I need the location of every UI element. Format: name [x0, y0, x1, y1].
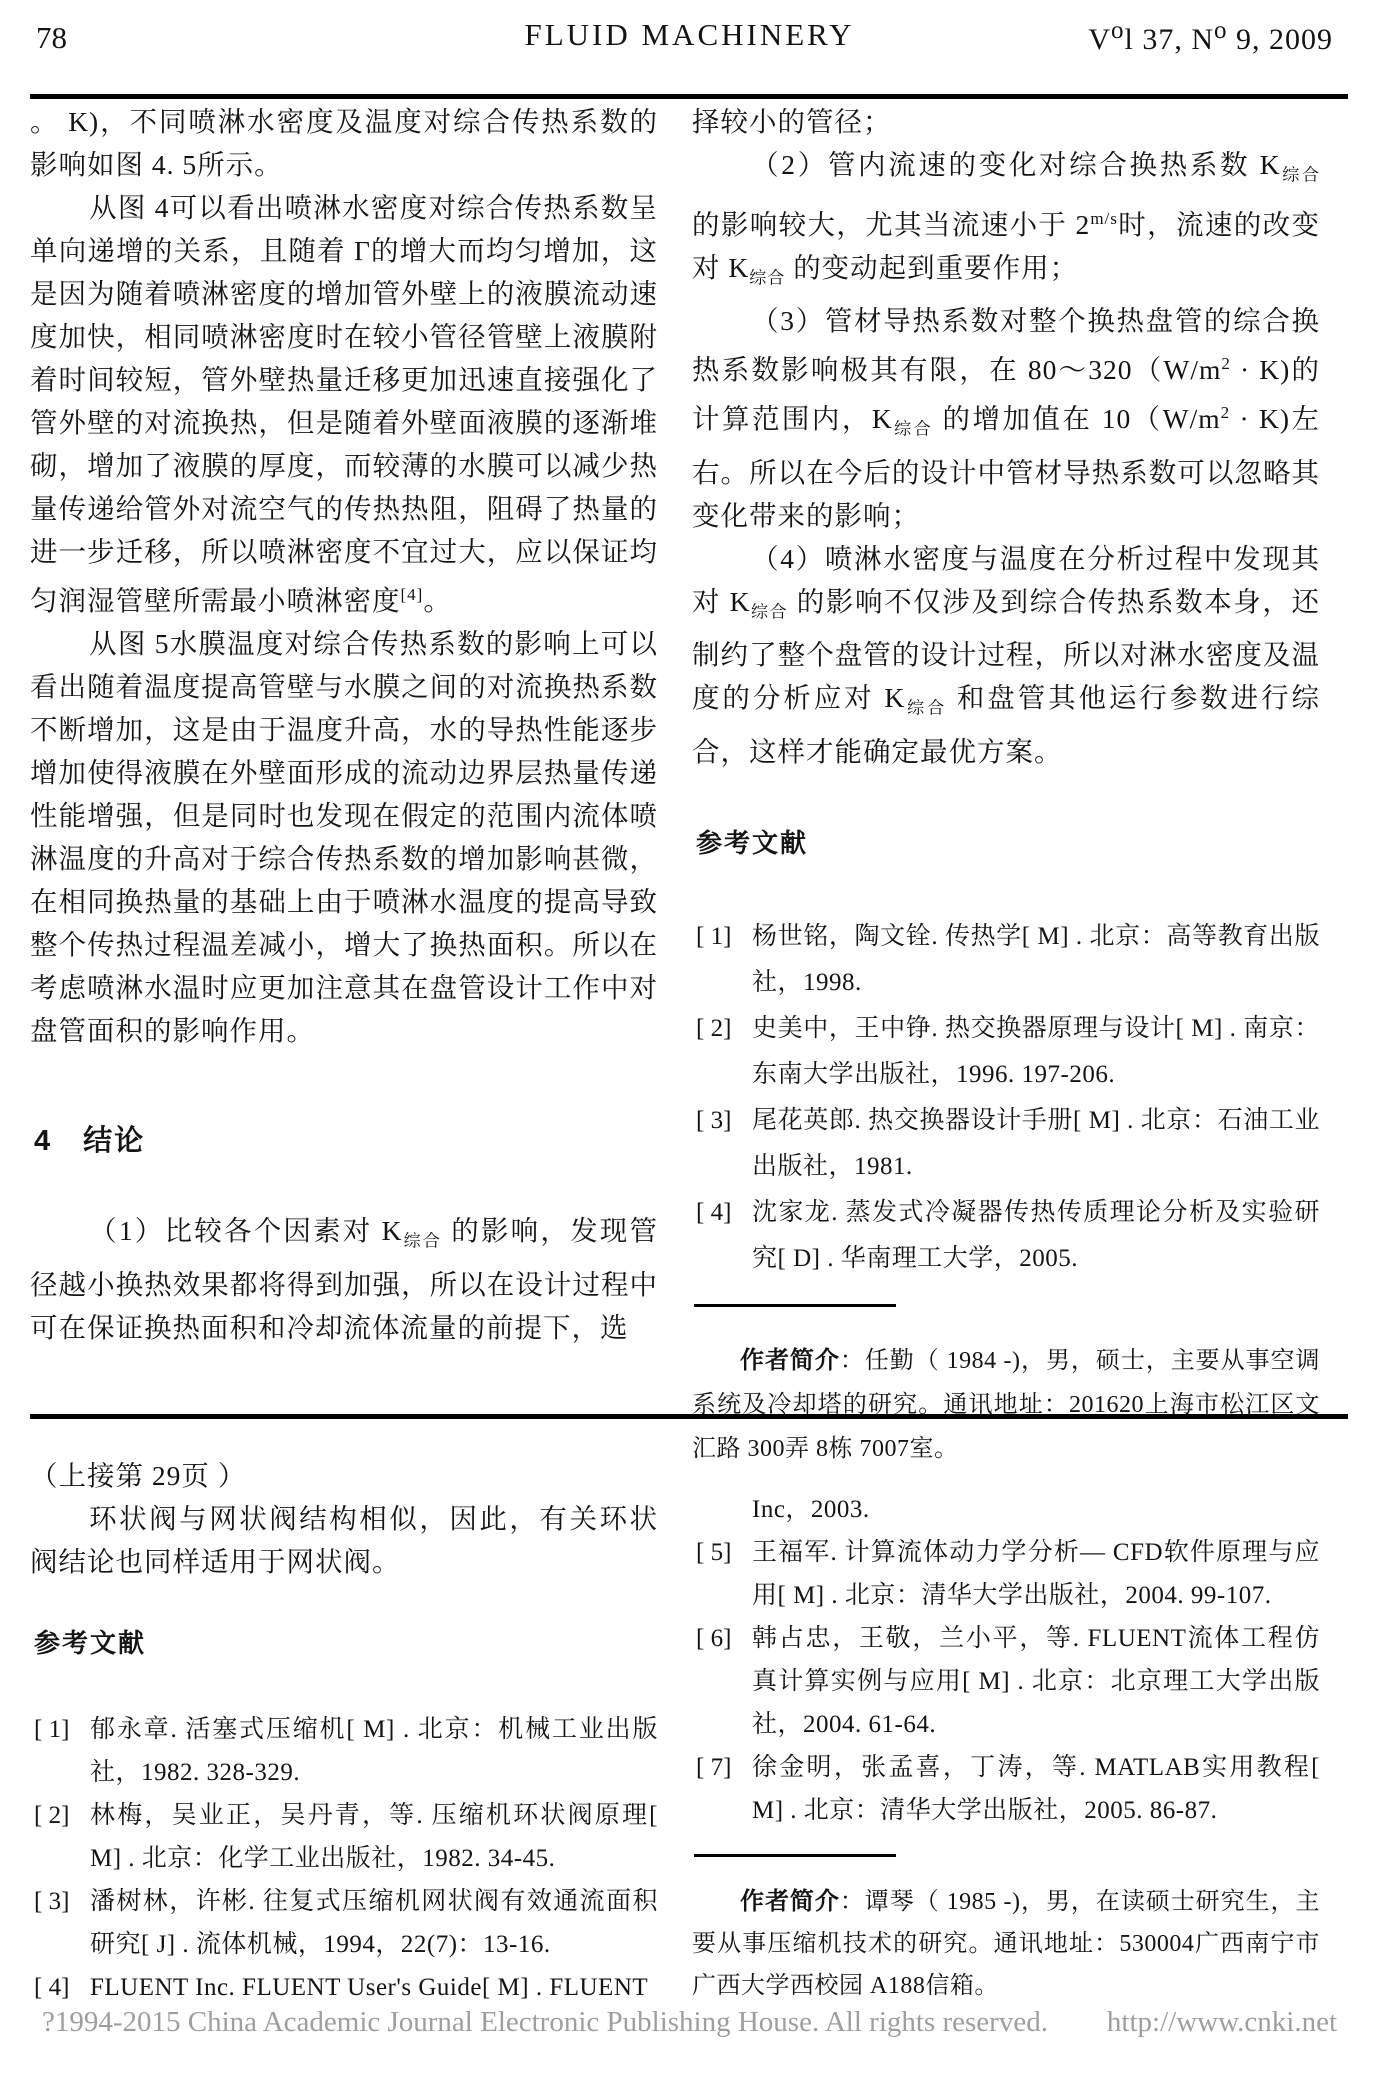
reference-text: 王福军. 计算流体动力学分析— CFD软件原理与应用[ M] . 北京：清华大学…	[752, 1531, 1320, 1617]
reference-label: [ 5]	[692, 1531, 752, 1617]
paragraph: （4）喷淋水密度与温度在分析过程中发现其对 K综合 的影响不仅涉及到综合传热系数…	[692, 537, 1320, 773]
paragraph: 。 K)，不同喷淋水密度及温度对综合传热系数的影响如图 4. 5所示。	[30, 100, 658, 186]
article1-references: [ 1]杨世铭，陶文铨. 传热学[ M] . 北京：高等教育出版社，1998.[…	[692, 914, 1320, 1282]
reference-label: [ 7]	[692, 1746, 752, 1832]
reference-text: 郁永章. 活塞式压缩机[ M] . 北京：机械工业出版社，1982. 328-3…	[90, 1708, 658, 1794]
reference-label: [ 2]	[30, 1794, 90, 1880]
article2-right-column: Inc，2003. [ 5]王福军. 计算流体动力学分析— CFD软件原理与应用…	[692, 1448, 1320, 2007]
reference-label: [ 2]	[692, 1006, 752, 1098]
reference-label: [ 1]	[692, 914, 752, 1006]
reference-text: 潘树林，许彬. 往复式压缩机网状阀有效通流面积研究[ J] . 流体机械，199…	[90, 1880, 658, 1966]
author-bio-rule	[694, 1854, 896, 1857]
reference-text: 韩占忠，王敬，兰小平，等. FLUENT流体工程仿真计算实例与应用[ M] . …	[752, 1617, 1320, 1746]
reference-item: [ 2]林梅，吴业正，吴丹青，等. 压缩机环状阀原理[ M] . 北京：化学工业…	[30, 1794, 658, 1880]
author-bio-rule	[694, 1304, 896, 1307]
article1-conclusion-body: （1）比较各个因素对 K综合 的影响，发现管径越小换热效果都将得到加强，所以在设…	[30, 1209, 658, 1349]
copyright-notice: ?1994-2015 China Academic Journal Electr…	[42, 2006, 1048, 2039]
paragraph: （2）管内流速的变化对综合换热系数 K综合 的影响较大，尤其当流速小于 2m/s…	[692, 143, 1320, 299]
paragraph: 择较小的管径；	[692, 100, 1320, 143]
reference-item: [ 4]沈家龙. 蒸发式冷凝器传热传质理论分析及实验研究[ D] . 华南理工大…	[692, 1190, 1320, 1282]
reference-item: [ 3]尾花英郎. 热交换器设计手册[ M] . 北京：石油工业出版社，1981…	[692, 1098, 1320, 1190]
paragraph: （3）管材导热系数对整个换热盘管的综合换热系数影响极其有限，在 80～320（W…	[692, 299, 1320, 537]
paragraph: 环状阀与网状阀结构相似，因此，有关环状阀结论也同样适用于网状阀。	[30, 1497, 658, 1583]
reference-item: [ 3]潘树林，许彬. 往复式压缩机网状阀有效通流面积研究[ J] . 流体机械…	[30, 1880, 658, 1966]
reference-text: 徐金明，张孟喜，丁涛，等. MATLAB实用教程[ M] . 北京：清华大学出版…	[752, 1746, 1320, 1832]
reference-item: [ 1]杨世铭，陶文铨. 传热学[ M] . 北京：高等教育出版社，1998.	[692, 914, 1320, 1006]
reference-item: [ 6]韩占忠，王敬，兰小平，等. FLUENT流体工程仿真计算实例与应用[ M…	[692, 1617, 1320, 1746]
reference-text: 沈家龙. 蒸发式冷凝器传热传质理论分析及实验研究[ D] . 华南理工大学，20…	[752, 1190, 1320, 1282]
article2-references-right: [ 5]王福军. 计算流体动力学分析— CFD软件原理与应用[ M] . 北京：…	[692, 1531, 1320, 1832]
conclusion-heading: 4 结论	[34, 1118, 658, 1159]
reference-item: [ 4]FLUENT Inc. FLUENT User's Guide[ M] …	[30, 1966, 658, 2009]
reference-label: [ 1]	[30, 1708, 90, 1794]
reference-label: [ 4]	[692, 1190, 752, 1282]
footer: ?1994-2015 China Academic Journal Electr…	[42, 2006, 1337, 2039]
article2-left-column: （上接第 29页 ） 环状阀与网状阀结构相似，因此，有关环状阀结论也同样适用于网…	[30, 1448, 658, 2009]
references-heading: 参考文献	[696, 823, 1320, 860]
reference-label: [ 3]	[30, 1880, 90, 1966]
reference-text: 尾花英郎. 热交换器设计手册[ M] . 北京：石油工业出版社，1981.	[752, 1098, 1320, 1190]
author-bio: 作者简介：谭琴（ 1985 -)，男，在读硕士研究生，主要从事压缩机技术的研究。…	[692, 1881, 1320, 2007]
references-heading: 参考文献	[34, 1623, 658, 1660]
reference-text: 林梅，吴业正，吴丹青，等. 压缩机环状阀原理[ M] . 北京：化学工业出版社，…	[90, 1794, 658, 1880]
paragraph: 从图 5水膜温度对综合传热系数的影响上可以看出随着温度提高管壁与水膜之间的对流换…	[30, 622, 658, 1052]
reference-text: FLUENT Inc. FLUENT User's Guide[ M] . FL…	[90, 1966, 658, 2009]
reference-text: 杨世铭，陶文铨. 传热学[ M] . 北京：高等教育出版社，1998.	[752, 914, 1320, 1006]
reference-item: [ 7]徐金明，张孟喜，丁涛，等. MATLAB实用教程[ M] . 北京：清华…	[692, 1746, 1320, 1832]
journal-page: 78 FLUID MACHINERY Vol 37, No 9, 2009 。 …	[0, 0, 1379, 2086]
paragraph: 从图 4可以看出喷淋水密度对综合传热系数呈单向递增的关系，且随着 Γ的增大而均匀…	[30, 186, 658, 622]
cnki-url-link[interactable]: http://www.cnki.net	[1107, 2006, 1337, 2039]
article2-references-left: [ 1]郁永章. 活塞式压缩机[ M] . 北京：机械工业出版社，1982. 3…	[30, 1708, 658, 2009]
reference-item: [ 2]史美中，王中铮. 热交换器原理与设计[ M] . 南京：东南大学出版社，…	[692, 1006, 1320, 1098]
section-divider-rule	[30, 1414, 1348, 1419]
reference-label: [ 3]	[692, 1098, 752, 1190]
article1-body-top: 。 K)，不同喷淋水密度及温度对综合传热系数的影响如图 4. 5所示。从图 4可…	[30, 100, 658, 1052]
article1-left-column: 。 K)，不同喷淋水密度及温度对综合传热系数的影响如图 4. 5所示。从图 4可…	[30, 100, 658, 1349]
article2-body: 环状阀与网状阀结构相似，因此，有关环状阀结论也同样适用于网状阀。	[30, 1497, 658, 1583]
paragraph: （1）比较各个因素对 K综合 的影响，发现管径越小换热效果都将得到加强，所以在设…	[30, 1209, 658, 1349]
reference-continuation: Inc，2003.	[752, 1488, 1320, 1531]
article1-body-right: 择较小的管径；（2）管内流速的变化对综合换热系数 K综合 的影响较大，尤其当流速…	[692, 100, 1320, 773]
reference-item: [ 5]王福军. 计算流体动力学分析— CFD软件原理与应用[ M] . 北京：…	[692, 1531, 1320, 1617]
continued-from-note: （上接第 29页 ）	[30, 1454, 658, 1497]
reference-item: [ 1]郁永章. 活塞式压缩机[ M] . 北京：机械工业出版社，1982. 3…	[30, 1708, 658, 1794]
journal-issue: Vol 37, No 9, 2009	[1088, 17, 1333, 57]
reference-text: 史美中，王中铮. 热交换器原理与设计[ M] . 南京：东南大学出版社，1996…	[752, 1006, 1320, 1098]
header-rule	[30, 94, 1348, 99]
reference-label: [ 6]	[692, 1617, 752, 1746]
article1-right-column: 择较小的管径；（2）管内流速的变化对综合换热系数 K综合 的影响较大，尤其当流速…	[692, 100, 1320, 1471]
reference-label: [ 4]	[30, 1966, 90, 2009]
